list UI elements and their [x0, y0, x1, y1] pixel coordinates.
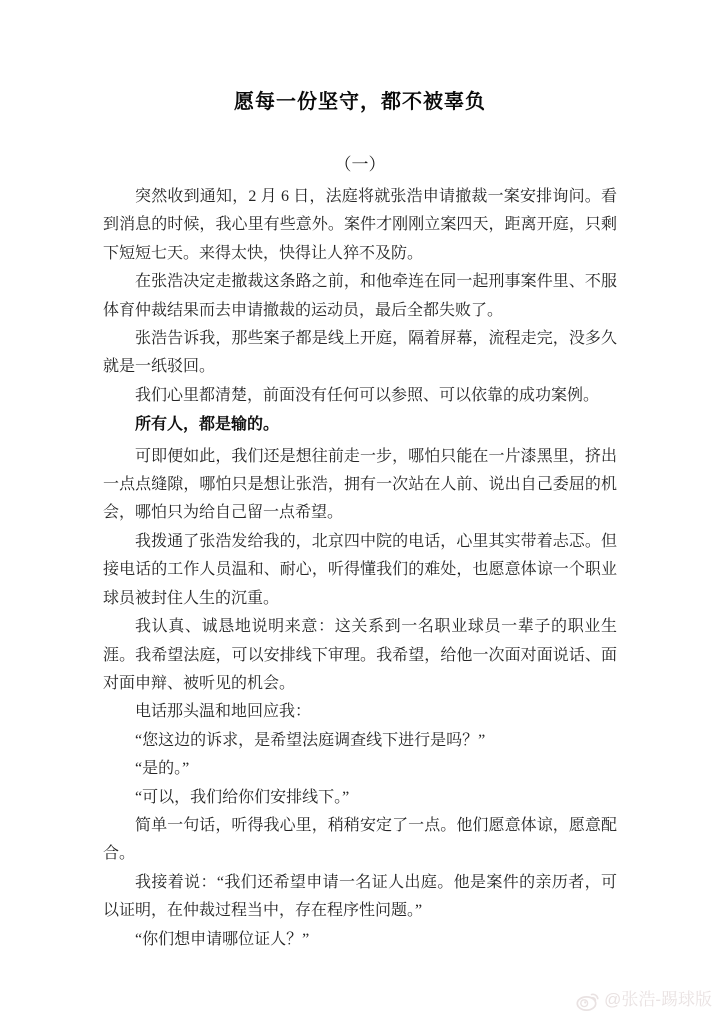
- article-paragraph: 我们心里都清楚，前面没有任何可以参照、可以依靠的成功案例。: [103, 382, 617, 410]
- article-paragraph: 我接着说：“我们还希望申请一名证人出庭。他是案件的亲历者，可以证明，在仲裁过程当…: [103, 869, 617, 926]
- article-paragraph-dialogue: “您这边的诉求，是希望法庭调查线下进行是吗？”: [103, 727, 617, 755]
- article-paragraph-dialogue: “可以，我们给你们安排线下。”: [103, 784, 617, 812]
- watermark: @张浩-踢球版: [575, 987, 712, 1013]
- article-paragraph: 电话那头温和地回应我：: [103, 698, 617, 726]
- article-paragraph: 简单一句话，听得我心里，稍稍安定了一点。他们愿意体谅，愿意配合。: [103, 812, 617, 869]
- article-paragraph-dialogue: “是的。”: [103, 755, 617, 783]
- document-page: 愿每一份坚守，都不被辜负 （一） 突然收到通知，2 月 6 日，法庭将就张浩申请…: [0, 0, 720, 1018]
- article-paragraph: 突然收到通知，2 月 6 日，法庭将就张浩申请撤裁一案安排询问。看到消息的时候，…: [103, 183, 617, 268]
- article-body: 突然收到通知，2 月 6 日，法庭将就张浩申请撤裁一案安排询问。看到消息的时候，…: [103, 183, 617, 954]
- section-marker: （一）: [0, 152, 720, 178]
- article-paragraph: 在张浩决定走撤裁这条路之前，和他牵连在同一起刑事案件里、不服体育仲裁结果而去申请…: [103, 268, 617, 325]
- watermark-text: @张浩-踢球版: [604, 988, 712, 1012]
- article-paragraph: 我拨通了张浩发给我的，北京四中院的电话，心里其实带着忐忑。但接电话的工作人员温和…: [103, 528, 617, 613]
- article-paragraph: 可即便如此，我们还是想往前走一步，哪怕只能在一片漆黑里，挤出一点点缝隙，哪怕只是…: [103, 443, 617, 528]
- article-title: 愿每一份坚守，都不被辜负: [0, 88, 720, 116]
- article-paragraph: 我认真、诚恳地说明来意：这关系到一名职业球员一辈子的职业生涯。我希望法庭，可以安…: [103, 613, 617, 698]
- article-paragraph: 张浩告诉我，那些案子都是线上开庭，隔着屏幕，流程走完，没多久就是一纸驳回。: [103, 325, 617, 382]
- article-paragraph-emphasis: 所有人，都是输的。: [103, 411, 617, 439]
- weibo-icon: [575, 987, 601, 1013]
- article-paragraph-dialogue: “你们想申请哪位证人？”: [103, 926, 617, 954]
